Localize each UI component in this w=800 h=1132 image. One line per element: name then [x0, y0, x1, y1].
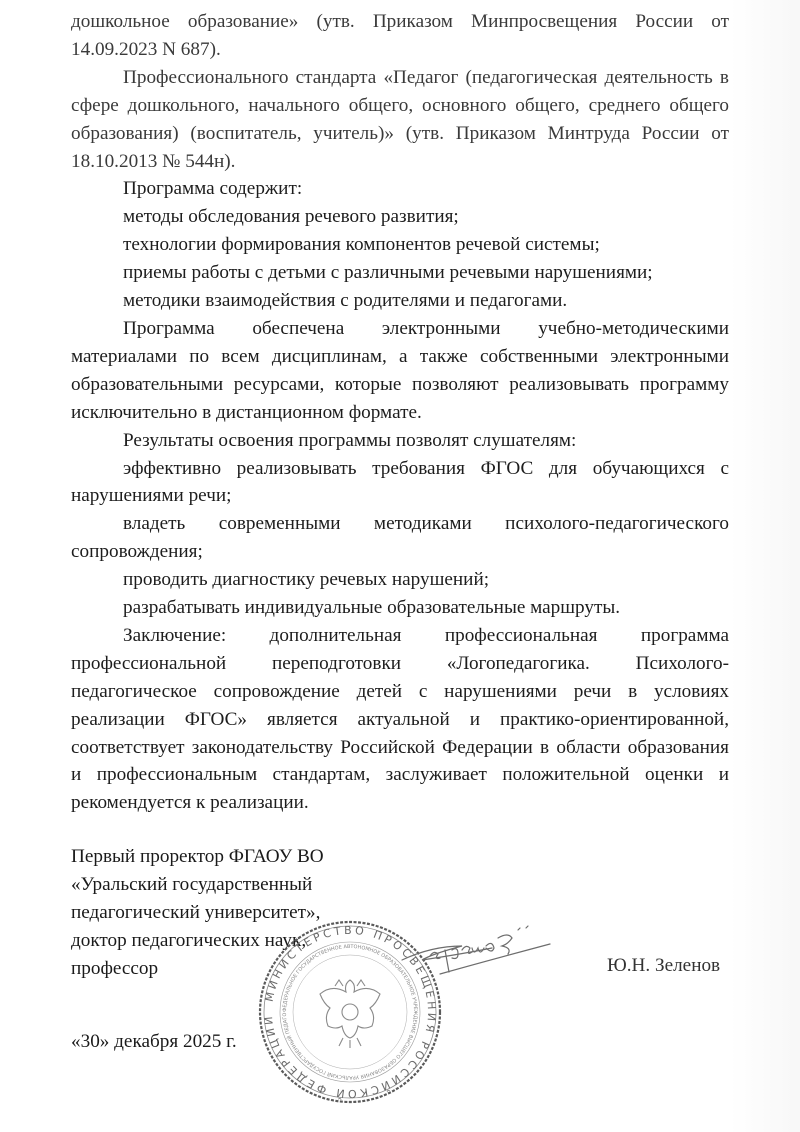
results-item: разрабатывать индивидуальные образовател… — [71, 594, 729, 622]
results-item: эффективно реализовывать требования ФГОС… — [71, 455, 729, 511]
contents-item: методики взаимодействия с родителями и п… — [71, 287, 729, 315]
results-item: владеть современными методиками психолог… — [71, 510, 729, 566]
results-heading: Результаты освоения программы позволят с… — [71, 427, 729, 455]
contents-heading: Программа содержит: — [71, 175, 729, 203]
results-item: проводить диагностику речевых нарушений; — [71, 566, 729, 594]
contents-item: технологии формирования компонентов рече… — [71, 231, 729, 259]
document-body: дошкольное образование» (утв. Приказом М… — [71, 8, 729, 817]
paragraph-resources: Программа обеспечена электронными учебно… — [71, 315, 729, 427]
signer-name: Ю.Н. Зеленов — [607, 955, 720, 977]
paragraph-professional-standard: Профессионального стандарта «Педагог (пе… — [71, 64, 729, 176]
document-date: «30» декабря 2025 г. — [71, 1031, 237, 1053]
scan-edge-shadow — [730, 0, 800, 1132]
contents-item: методы обследования речевого развития; — [71, 203, 729, 231]
contents-item: приемы работы с детьми с различными рече… — [71, 259, 729, 287]
paragraph-continuation: дошкольное образование» (утв. Приказом М… — [71, 8, 729, 64]
document-page: дошкольное образование» (утв. Приказом М… — [0, 0, 800, 1132]
handwritten-signature-icon — [400, 920, 570, 980]
signer-title-line: Первый проректор ФГАОУ ВО — [71, 843, 324, 871]
signer-title-line: «Уральский государственный — [71, 871, 324, 899]
paragraph-conclusion: Заключение: дополнительная профессиональ… — [71, 622, 729, 817]
